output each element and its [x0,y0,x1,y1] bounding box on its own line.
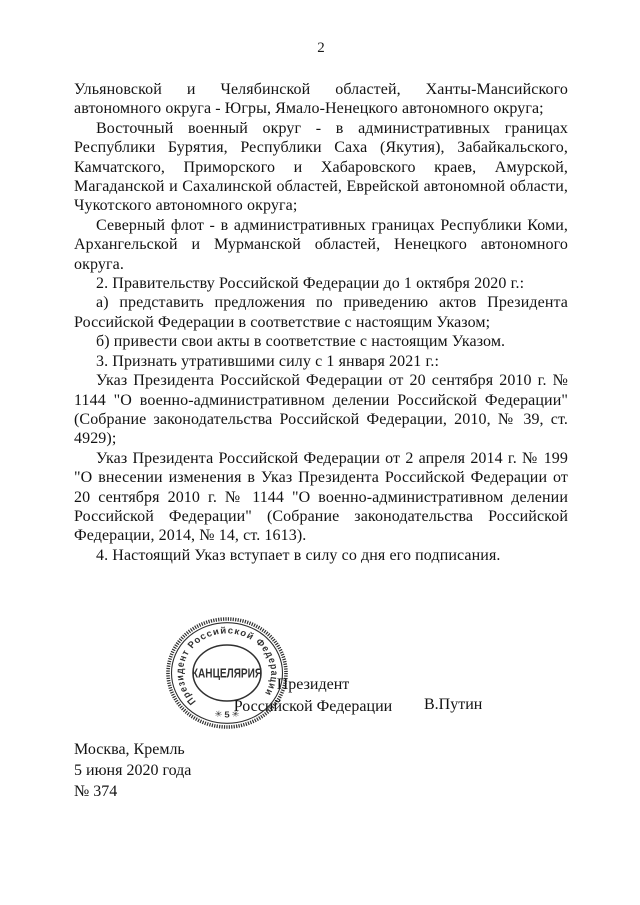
paragraph: Восточный военный округ - в администрати… [74,119,568,216]
footer-number: № 374 [74,781,191,802]
signature-name: В.Путин [424,696,482,714]
decree-text: Ульяновской и Челябинской областей, Хант… [74,80,568,565]
paragraph: Указ Президента Российской Федерации от … [74,371,568,449]
footer-place: Москва, Кремль [74,739,191,760]
stamp-center-text: КАНЦЕЛЯРИЯ [192,668,262,681]
paragraph: 3. Признать утратившими силу с 1 января … [74,352,568,371]
svg-text:✳ 5 ✳: ✳ 5 ✳ [213,709,240,720]
stamp-bottom-text: ✳ 5 ✳ [213,709,240,720]
stamp-ring-text: Президент Российской Федерации [174,626,279,707]
svg-text:Президент Российской Федерации: Президент Российской Федерации [174,626,279,707]
paragraph: а) представить предложения по приведению… [74,293,568,332]
paragraph: 2. Правительству Российской Федерации до… [74,274,568,293]
footer-date: 5 июня 2020 года [74,760,191,781]
paragraph: Ульяновской и Челябинской областей, Хант… [74,80,568,119]
paragraph: Северный флот - в административных грани… [74,216,568,274]
page-number: 2 [74,40,568,57]
paragraph: Указ Президента Российской Федерации от … [74,449,568,546]
footer-block: Москва, Кремль 5 июня 2020 года № 374 [74,739,191,802]
chancellery-stamp-icon: Президент Российской Федерации ✳ 5 ✳ КАН… [161,612,293,734]
paragraph: 4. Настоящий Указ вступает в силу со дня… [74,546,568,565]
decree-page: 2 Ульяновской и Челябинской областей, Ха… [0,0,640,905]
paragraph: б) привести свои акты в соответствие с н… [74,332,568,351]
